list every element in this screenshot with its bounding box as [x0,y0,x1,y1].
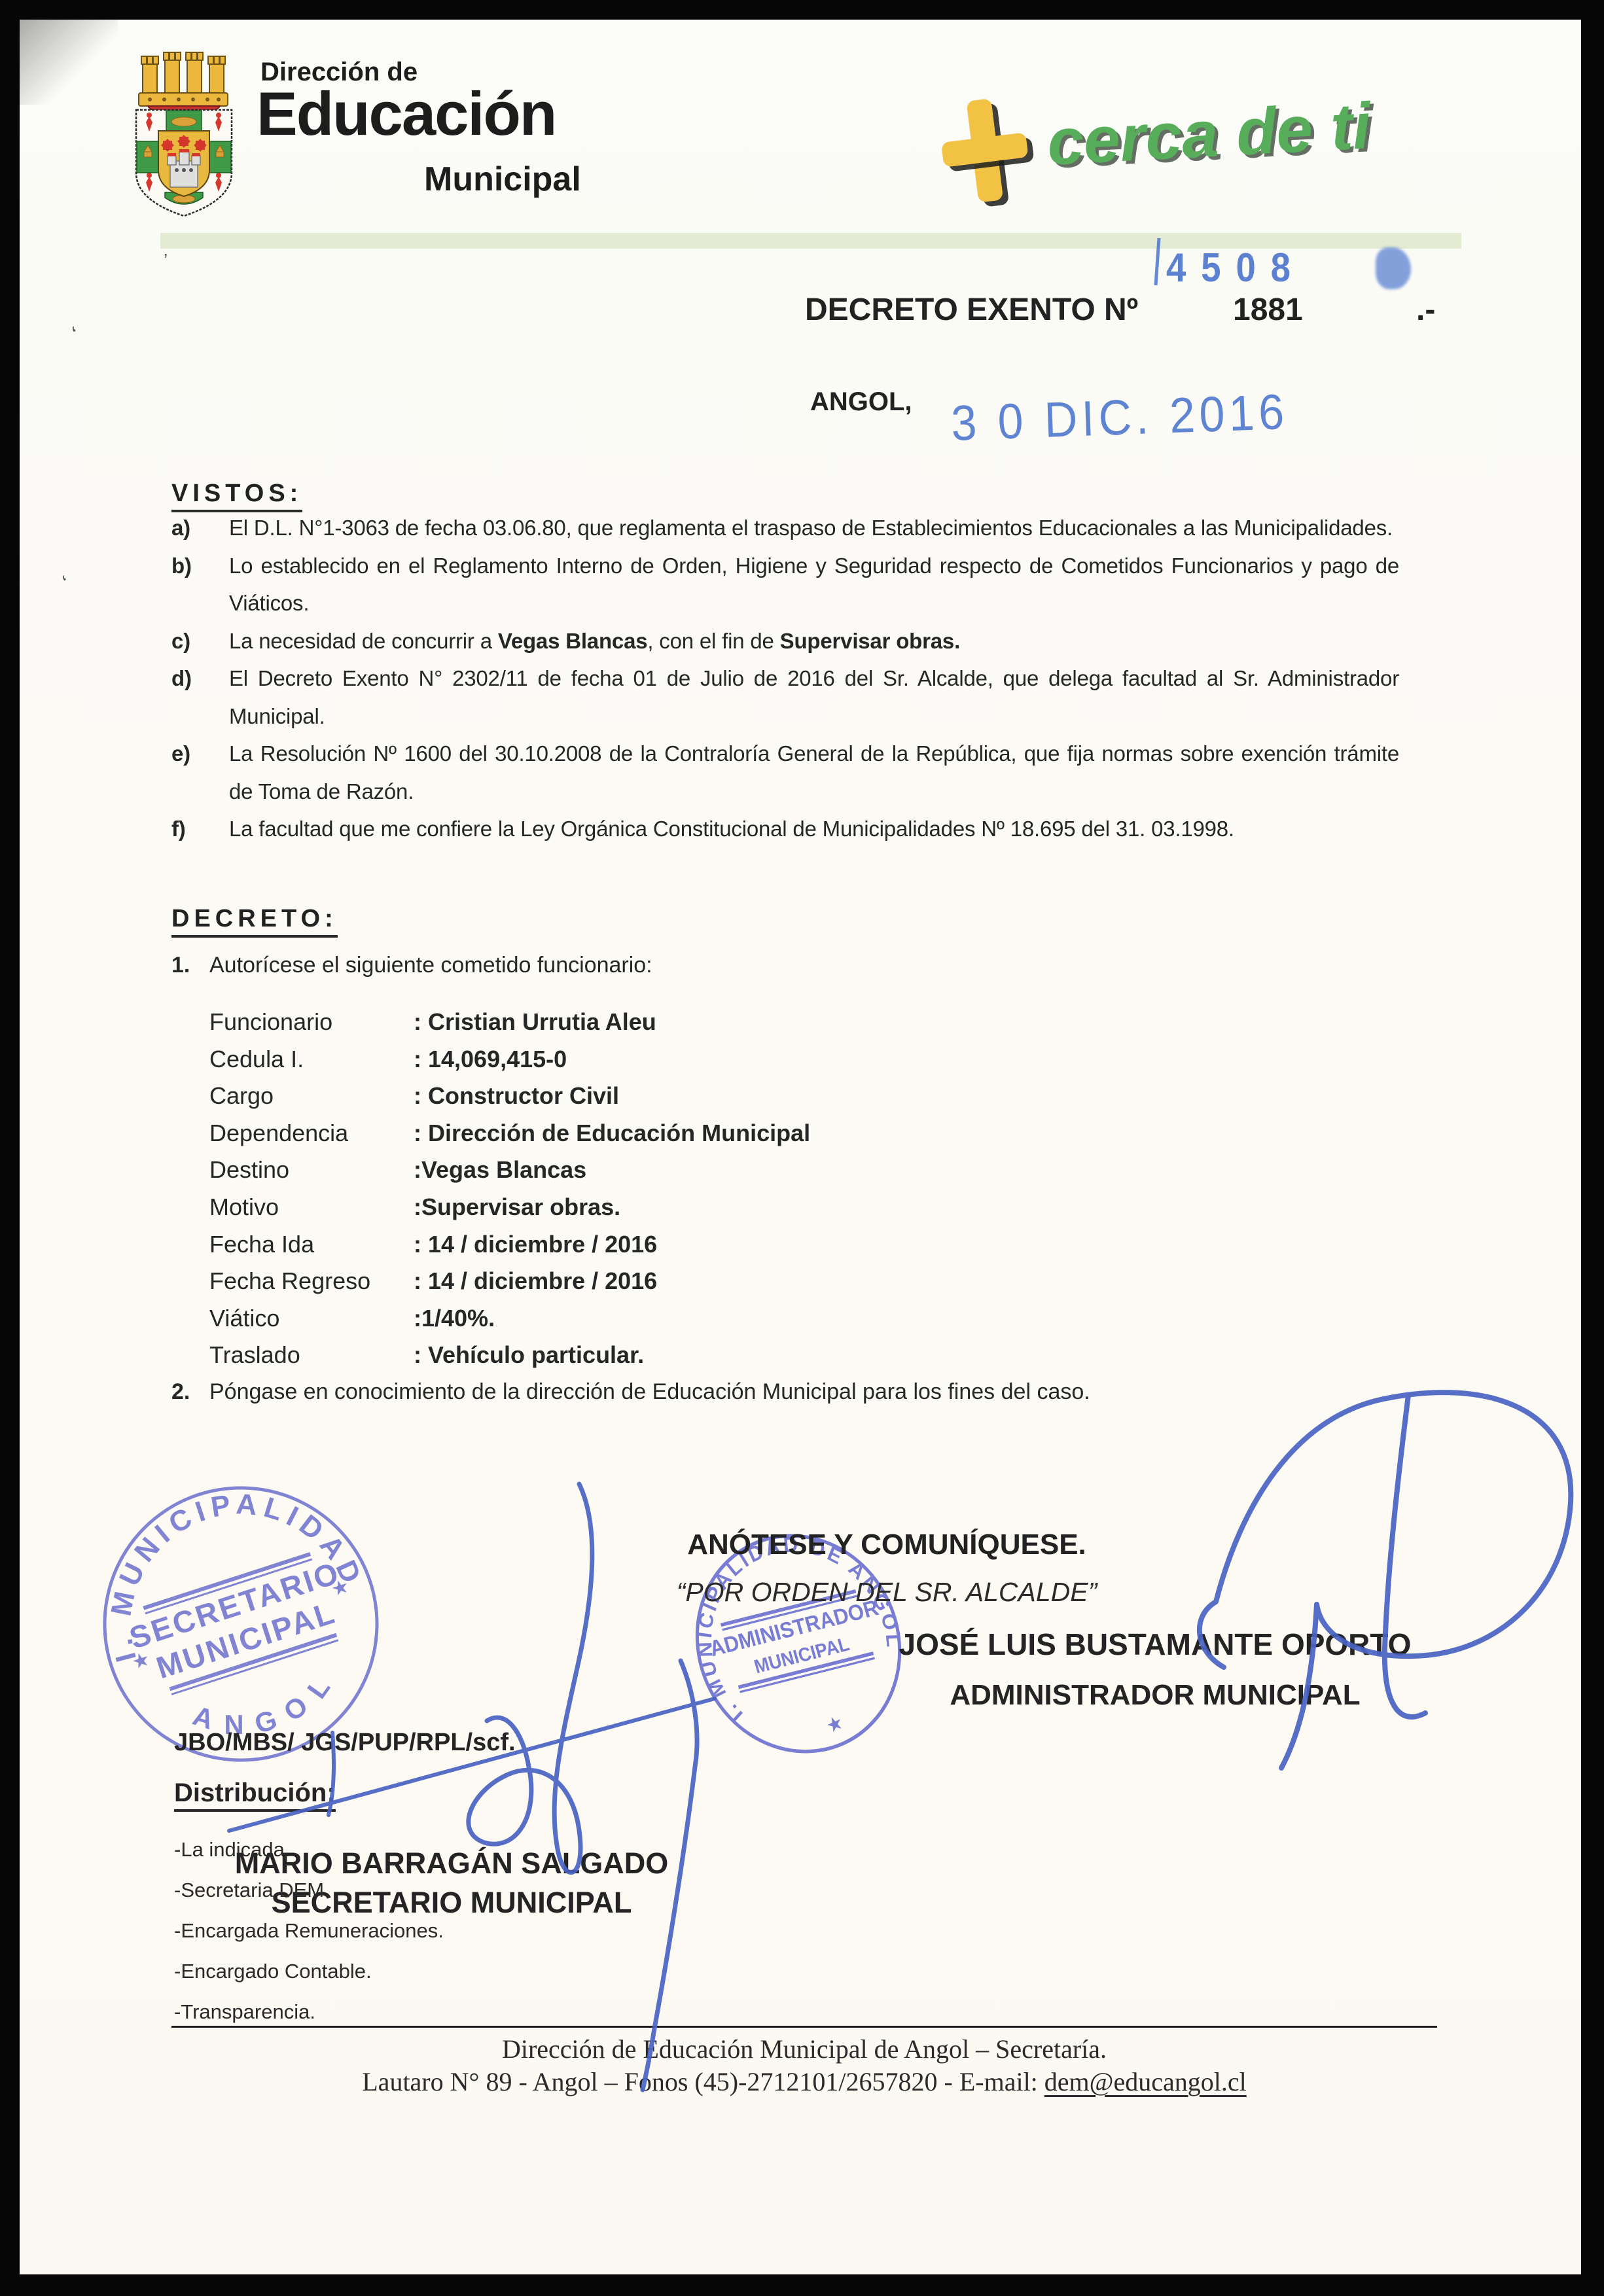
plus-icon [935,93,1035,209]
footer-line2: Lautaro N° 89 - Angol – Fonos (45)-27121… [171,2066,1437,2097]
city-label: ANGOL, [810,387,912,417]
decree-title-suffix: .- [1416,292,1435,328]
org-name-line3: Municipal [424,160,581,199]
footer-email: dem@educangol.cl [1044,2067,1247,2096]
item-text: La necesidad de concurrir a [229,629,498,653]
field-value: :1/40%. [414,1300,810,1337]
initials-line: JBO/MBS/ JGS/PUP/RPL/scf. [174,1729,516,1757]
field-value: : 14 / diciembre / 2016 [414,1226,810,1263]
field-value: : Cristian Urrutia Aleu [414,1004,810,1041]
vistos-item-d: d)El Decreto Exento N° 2302/11 de fecha … [171,660,1399,735]
vistos-item-f: f)La facultad que me confiere la Ley Org… [171,810,1399,848]
item-text-bold: Supervisar obras. [780,629,960,653]
item-text: , con el fin de [647,629,779,653]
scan-artifact: ’ [164,250,168,271]
field-label: Fecha Ida [209,1226,414,1263]
vistos-item-c: c)La necesidad de concurrir a Vegas Blan… [171,622,1399,660]
decreto-heading: DECRETO: [171,905,338,938]
field-label: Dependencia [209,1115,414,1152]
field-label: Destino [209,1152,414,1189]
decreto-item1-text: Autorícese el siguiente cometido funcion… [209,953,1440,978]
distribution-item: -Secretaria DEM. [174,1870,444,1911]
field-value: : Constructor Civil [414,1078,810,1115]
scanned-decree-document: Dirección de Educación Municipal cerca d… [0,0,1604,2296]
anotese-line: ANÓTESE Y COMUNÍQUESE. [654,1528,1119,1561]
vistos-item-b: b)Lo establecido en el Reglamento Intern… [171,547,1399,622]
field-label: Traslado [209,1337,414,1374]
distribution-heading: Distribución: [174,1778,336,1812]
date-stamp: 3 0 DIC. 2016 [950,383,1289,452]
field-value: :Supervisar obras. [414,1189,810,1226]
field-label: Cedula I. [209,1041,414,1078]
decreto-item2-text: Póngase en conocimiento de la dirección … [209,1379,1446,1405]
folio-stamp-number: 4508 [1166,245,1306,291]
org-name-line2: Educación [257,79,556,149]
decreto-item2-marker: 2. [171,1379,190,1405]
distribution-item: -Encargada Remuneraciones. [174,1911,444,1951]
item-text: El Decreto Exento N° 2302/11 de fecha 01… [229,666,1399,728]
cometido-fields-table: Funcionario: Cristian Urrutia Aleu Cedul… [209,1004,810,1374]
item-marker: e) [171,735,229,773]
distribution-list: -La indicada. -Secretaria DEM. -Encargad… [174,1829,444,2032]
item-marker: b) [171,547,229,585]
decreto-item1-marker: 1. [171,953,190,978]
decree-title: DECRETO EXENTO Nº [805,292,1138,328]
crown-tower [143,63,157,94]
item-text-bold: Vegas Blancas [498,629,648,653]
vistos-item-a: a)El D.L. N°1-3063 de fecha 03.06.80, qu… [171,509,1399,547]
footer-rule [171,2026,1437,2028]
vistos-item-e: e)La Resolución Nº 1600 del 30.10.2008 d… [171,735,1399,810]
distribution-item: -Encargado Contable. [174,1951,444,1992]
decree-number: 1881 [1233,292,1303,328]
administrator-title: ADMINISTRADOR MUNICIPAL [861,1679,1450,1712]
field-value: : Vehículo particular. [414,1337,810,1374]
footer-line1: Dirección de Educación Municipal de Ango… [171,2034,1437,2064]
vistos-list: a)El D.L. N°1-3063 de fecha 03.06.80, qu… [171,509,1399,848]
item-marker: a) [171,509,229,547]
field-value: : 14 / diciembre / 2016 [414,1263,810,1300]
plus-icon-horizontal-bar [941,132,1029,168]
vistos-heading: VISTOS: [171,480,302,512]
distribution-item: -La indicada. [174,1829,444,1870]
scan-corner-shadow [20,20,118,105]
field-value: : 14,069,415-0 [414,1041,810,1078]
item-marker: d) [171,660,229,698]
field-value: : Dirección de Educación Municipal [414,1115,810,1152]
field-label: Viático [209,1300,414,1337]
field-label: Cargo [209,1078,414,1115]
castle [168,149,200,187]
item-text: El D.L. N°1-3063 de fecha 03.06.80, que … [229,516,1393,540]
field-label: Fecha Regreso [209,1263,414,1300]
field-label: Funcionario [209,1004,414,1041]
item-text: La Resolución Nº 1600 del 30.10.2008 de … [229,741,1399,804]
angol-coat-of-arms [119,30,249,221]
field-label: Motivo [209,1189,414,1226]
ink-smudge [1376,247,1411,289]
item-text: Lo establecido en el Reglamento Interno … [229,554,1399,616]
item-marker: f) [171,810,229,848]
administrator-name: JOSÉ LUIS BUSTAMANTE OPORTO [861,1627,1450,1662]
field-value: :Vegas Blancas [414,1152,810,1189]
por-orden-line: “POR ORDEN DEL SR. ALCALDE” [641,1577,1132,1608]
item-marker: c) [171,622,229,660]
item-text: La facultad que me confiere la Ley Orgán… [229,817,1234,841]
footer-address: Lautaro N° 89 - Angol – Fonos (45)-27121… [362,2067,1044,2096]
